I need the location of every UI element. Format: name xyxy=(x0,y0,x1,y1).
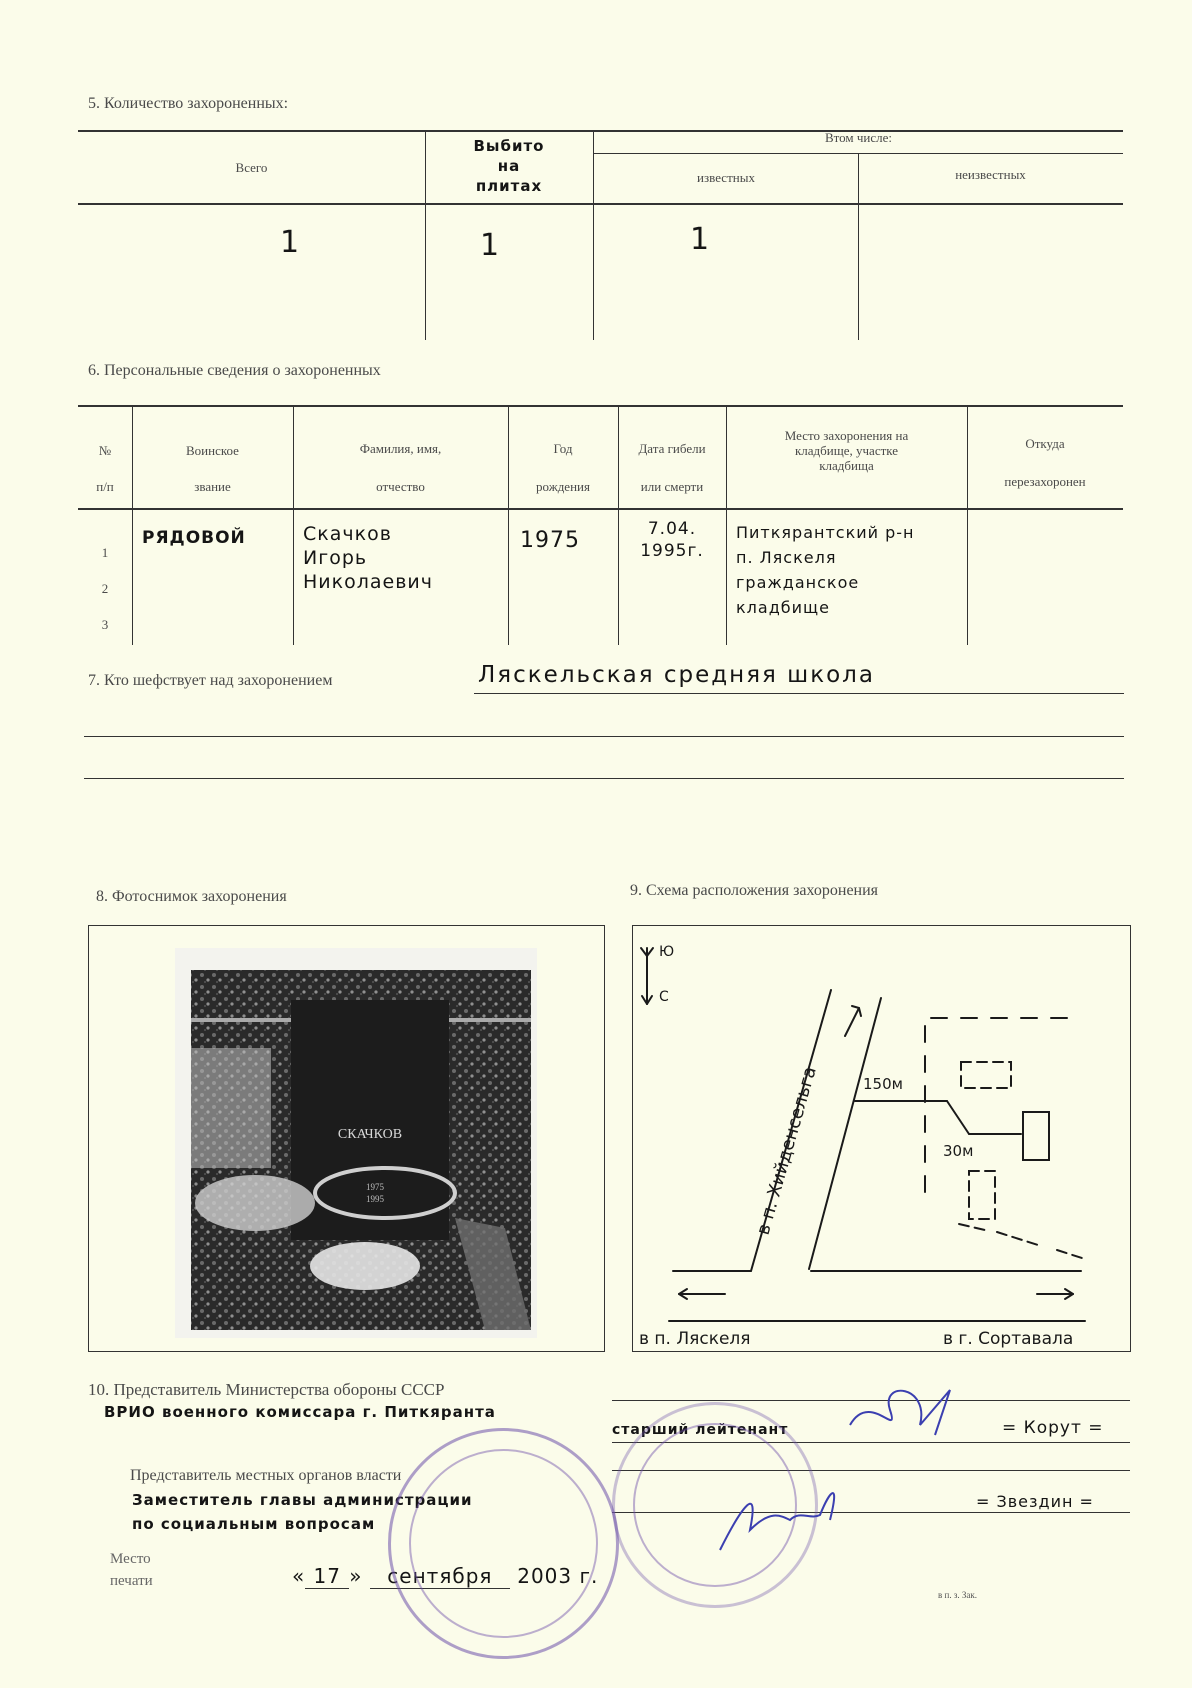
mod-name: = Корут = xyxy=(1002,1418,1104,1438)
th-birth-year: Годрождения xyxy=(508,430,618,506)
signature-mod xyxy=(840,1380,970,1450)
cell-name: СкачковИгорьНиколаевич xyxy=(303,522,433,594)
header-engraved: Выбито на плитах xyxy=(425,136,593,196)
th-name: Фамилия, имя,отчество xyxy=(293,430,508,506)
header-known: известных xyxy=(594,170,858,186)
svg-text:1975: 1975 xyxy=(366,1182,385,1192)
seal-place-label: Местопечати xyxy=(110,1548,153,1592)
svg-text:С: С xyxy=(659,989,669,1005)
mod-position: ВРИО военного комиссара г. Питкяранта xyxy=(104,1403,496,1421)
cell-burial-place: Питкярантский р-нп. Ляскеля гражданскоек… xyxy=(736,520,915,620)
row-numbers: 123 xyxy=(78,535,132,643)
th-reburied-from: Откудаперезахоронен xyxy=(967,425,1123,501)
svg-text:1995: 1995 xyxy=(366,1194,385,1204)
value-known: 1 xyxy=(650,222,750,257)
svg-text:СКАЧКОВ: СКАЧКОВ xyxy=(338,1127,402,1142)
header-including: Втом числе: xyxy=(594,130,1123,146)
official-stamp-military xyxy=(388,1428,619,1659)
header-unknown: неизвестных xyxy=(858,167,1123,183)
local-name: = Звездин = xyxy=(976,1492,1094,1511)
svg-text:30м: 30м xyxy=(943,1142,973,1160)
signature-local xyxy=(700,1470,850,1560)
svg-text:в п. Ляскеля: в п. Ляскеля xyxy=(639,1329,751,1349)
cell-death-date: 7.04.1995г. xyxy=(618,518,726,562)
section-5-title: 5. Количество захороненных: xyxy=(88,95,288,113)
section-7-label: 7. Кто шефствует над захоронением xyxy=(88,672,332,690)
cell-birth-year: 1975 xyxy=(520,528,580,553)
section-6-title: 6. Персональные сведения о захороненных xyxy=(88,362,381,380)
header-total: Всего xyxy=(78,160,425,176)
patron-value: Ляскельская средняя школа xyxy=(478,662,875,688)
grave-photo: СКАЧКОВ 1975 1995 xyxy=(175,948,537,1338)
section-9-title: 9. Схема расположения захоронения xyxy=(630,882,878,900)
photo-frame: СКАЧКОВ 1975 1995 xyxy=(88,925,605,1352)
scheme-drawing: Ю С в п. Хийденсельга 150м 30м в п. Ляск… xyxy=(633,926,1130,1351)
value-engraved: 1 xyxy=(440,228,540,263)
th-rank: Воинскоезвание xyxy=(132,433,293,505)
svg-text:в п. Хийденсельга: в п. Хийденсельга xyxy=(753,1064,821,1237)
mod-representative-label: 10. Представитель Министерства обороны С… xyxy=(88,1380,444,1400)
svg-text:150м: 150м xyxy=(863,1075,903,1093)
th-burial-place: Место захоронения накладбище, участкекла… xyxy=(726,428,967,473)
location-scheme: Ю С в п. Хийденсельга 150м 30м в п. Ляск… xyxy=(632,925,1131,1352)
photo-mount: СКАЧКОВ 1975 1995 xyxy=(175,948,537,1338)
th-death-date: Дата гибелиили смерти xyxy=(618,430,726,506)
value-total: 1 xyxy=(230,225,350,260)
svg-text:в г. Сортавала: в г. Сортавала xyxy=(943,1329,1073,1349)
th-number: №п/п xyxy=(78,433,132,505)
print-mark: в п. з. Зак. xyxy=(938,1590,977,1600)
local-representative-label: Представитель местных органов власти xyxy=(130,1467,401,1485)
section-8-title: 8. Фотоснимок захоронения xyxy=(96,888,287,906)
svg-text:Ю: Ю xyxy=(659,944,674,960)
cell-rank: РЯДОВОЙ xyxy=(142,528,246,548)
